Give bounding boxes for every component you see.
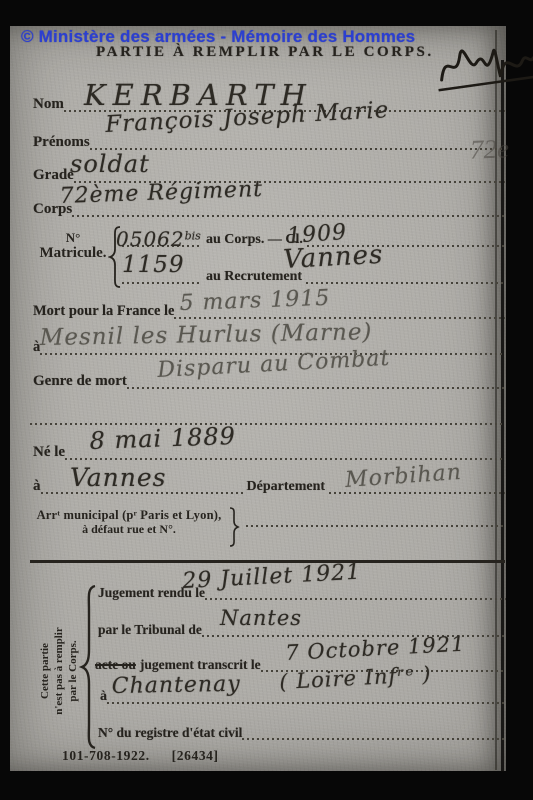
imprint-line: 101-708-1922.[26434]: [62, 748, 241, 764]
matricule-label-word: Matricule.: [36, 244, 110, 262]
mort-date-label: Mort pour la France le: [33, 304, 174, 319]
matricule-label: N° Matricule.: [36, 231, 110, 262]
recrutement-place-value: Vannes: [283, 242, 384, 273]
matricule-corps-number: 05062: [116, 227, 185, 251]
genre-mort-label: Genre de mort: [33, 374, 127, 389]
margin-note-line1: Cette partie: [38, 596, 52, 746]
prenoms-label: Prénoms: [33, 135, 90, 150]
departement-label: Département: [247, 479, 326, 494]
imprint-number: 101-708-1922.: [62, 748, 150, 763]
copyright-watermark: © Ministère des armées - Mémoire des Hom…: [21, 27, 415, 47]
mort-lieu-value: Mesnil les Hurlus (Marne): [40, 321, 373, 350]
arrondissement-label: Arrᵗ municipal (pʳ Paris et Lyon), à déf…: [33, 508, 225, 536]
dotted-line: [246, 513, 506, 527]
grade-value: soldat: [70, 152, 150, 176]
signature-scrawl-icon: [433, 24, 533, 94]
tribunal-value: Nantes: [220, 608, 302, 629]
arrondissement-label-line2: à défaut rue et N°.: [33, 522, 225, 536]
transcription-lieu-label: à: [100, 689, 107, 704]
naissance-date-value: 8 mai 1889: [89, 424, 236, 453]
transcription-label: jugement transcrit le: [140, 657, 261, 672]
field-row-registre: N° du registre d'état civil: [98, 722, 506, 740]
registre-label: N° du registre d'état civil: [98, 725, 242, 740]
continuation-row: [30, 407, 505, 425]
dotted-line: [242, 726, 506, 740]
grade-label: Grade: [33, 168, 74, 183]
naissance-date-label: Né le: [33, 445, 65, 460]
field-row-prenoms: Prénoms: [33, 132, 505, 150]
margin-note-line2: n'est pas à remplir: [52, 596, 66, 746]
margin-note: Cette partie n'est pas à remplir par le …: [38, 596, 84, 746]
tribunal-brace-icon: [79, 584, 97, 750]
section-divider: [30, 560, 505, 563]
naissance-lieu-label: à: [33, 479, 41, 494]
regiment-stamp: 72e: [469, 133, 509, 165]
dotted-line: [90, 136, 505, 150]
arrondissement-row: [246, 509, 506, 527]
imprint-reference: [26434]: [172, 748, 219, 763]
arrondissement-brace-icon: [228, 506, 240, 548]
transcription-lieu-value: Chantenay: [112, 674, 241, 698]
margin-note-line3: par le Corps.: [66, 596, 80, 746]
tribunal-label: par le Tribunal de: [98, 622, 202, 637]
matricule-recrutement-value: 1159: [122, 254, 185, 277]
mort-date-value: 5 mars 1915: [179, 288, 330, 315]
matricule-label-no: N°: [36, 231, 110, 244]
matricule-corps-number-sup: bis: [185, 229, 201, 242]
arrondissement-label-line1: Arrᵗ municipal (pʳ Paris et Lyon),: [33, 508, 225, 522]
transcription-struck-label: acte ou: [95, 657, 136, 672]
nom-label: Nom: [33, 97, 64, 112]
matricule-corps-value: 05062bis: [116, 229, 201, 249]
naissance-lieu-value: Vannes: [70, 465, 167, 490]
dotted-line: [30, 411, 505, 425]
